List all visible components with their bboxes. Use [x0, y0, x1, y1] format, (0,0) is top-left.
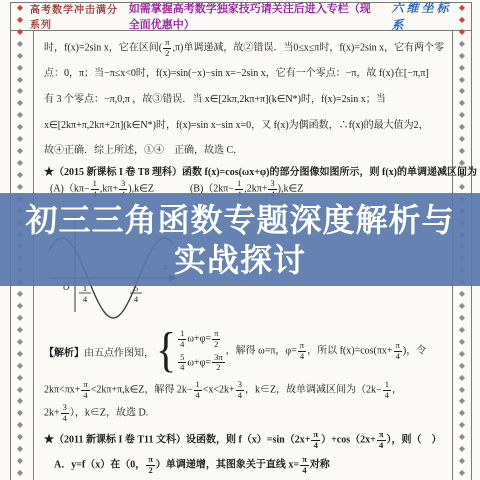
- solution-line-3: 有 3 个零点：−π,0,π ，故③错误．当 x∈[2kπ,2kπ+π](k∈N…: [44, 90, 450, 110]
- brand-name: 六维坐标系: [391, 0, 452, 33]
- analysis-label: 【解析】: [44, 344, 84, 359]
- diamond-icon: ◆: [17, 4, 23, 12]
- diamond-icon: ◆: [17, 87, 23, 95]
- diamond-icon: ◆: [17, 469, 23, 477]
- promo-header: 高考数学冲击满分系列 如需掌握高考数学独家技巧请关注后进入专栏（现全面优惠中） …: [28, 3, 452, 29]
- solution-line-4: x∈[2kπ+π,2kπ+2π](k∈N*)时，f(x)=sin x−sin x…: [44, 116, 450, 136]
- diamond-icon: ◆: [17, 123, 23, 131]
- problem-2011-stem: ★（2011 新课标 I 卷 T11 文科）设函数，则 f（x）=sin（2x+…: [44, 430, 450, 451]
- diamond-icon: ◆: [459, 433, 465, 441]
- solution-2015-line-3: 2k+34），k∈Z，故选 D.: [44, 403, 450, 424]
- diamond-icon: ◆: [459, 421, 465, 429]
- equation-2: 54ω+φ=3π2: [177, 353, 225, 374]
- equation-system: 14ω+φ=π2 54ω+φ=3π2: [177, 329, 225, 373]
- diamond-icon: ◆: [17, 28, 23, 36]
- diamond-icon: ◆: [17, 40, 23, 48]
- document-page: ◆◆◆◆◆◆◆◆◆◆◆◆◆◆◆◆◆◆◆◆◆◆◆◆◆◆◆◆◆◆◆◆◆◆◆◆◆◆◆◆…: [0, 0, 480, 480]
- promo-text: 如需掌握高考数学独家技巧请关注后进入专栏（现全面优惠中）: [129, 0, 378, 32]
- diamond-icon: ◆: [17, 159, 23, 167]
- solution-line-1: 时，f(x)=2sin x，它在区间(π2,π)单调递减，故②错误．当0≤x≤π…: [44, 38, 450, 59]
- diamond-icon: ◆: [459, 99, 465, 107]
- solution-line-5: 故④正确．综上所述，①④ 正确，故选 C．: [44, 141, 450, 161]
- diamond-icon: ◆: [17, 386, 23, 394]
- diamond-icon: ◆: [459, 386, 465, 394]
- series-title: 高考数学冲击满分系列: [30, 1, 119, 31]
- diamond-icon: ◆: [459, 302, 465, 310]
- diamond-icon: ◆: [459, 374, 465, 382]
- diamond-icon: ◆: [17, 326, 23, 334]
- tick-fivequarter-denominator: 4: [134, 294, 139, 304]
- diamond-icon: ◆: [17, 409, 23, 417]
- diamond-icon: ◆: [459, 457, 465, 465]
- diamond-icon: ◆: [459, 147, 465, 155]
- banner-title-line2: 实战探讨: [174, 240, 306, 280]
- diamond-icon: ◆: [459, 445, 465, 453]
- diamond-icon: ◆: [459, 4, 465, 12]
- diamond-icon: ◆: [17, 397, 23, 405]
- diamond-icon: ◆: [17, 99, 23, 107]
- diamond-icon: ◆: [459, 350, 465, 358]
- diamond-icon: ◆: [459, 28, 465, 36]
- diamond-icon: ◆: [459, 362, 465, 370]
- tick-quarter-denominator: 4: [83, 294, 88, 304]
- diamond-icon: ◆: [17, 135, 23, 143]
- diamond-icon: ◆: [17, 314, 23, 322]
- diamond-icon: ◆: [17, 52, 23, 60]
- diamond-icon: ◆: [17, 421, 23, 429]
- diamond-icon: ◆: [459, 64, 465, 72]
- diamond-icon: ◆: [459, 135, 465, 143]
- diamond-icon: ◆: [459, 314, 465, 322]
- promo-banner-overlay: 初三三角函数专题深度解析与 实战探讨: [0, 193, 480, 286]
- diamond-icon: ◆: [17, 362, 23, 370]
- diamond-icon: ◆: [459, 326, 465, 334]
- diamond-icon: ◆: [17, 111, 23, 119]
- diamond-icon: ◆: [459, 409, 465, 417]
- diamond-icon: ◆: [17, 338, 23, 346]
- analysis-after: ，解得 ω=π，φ=π4，所以 f(x)=cos(πx+π4)，令: [226, 341, 427, 362]
- diamond-icon: ◆: [17, 433, 23, 441]
- diamond-icon: ◆: [17, 350, 23, 358]
- system-brace: {: [156, 327, 176, 375]
- diamond-icon: ◆: [17, 171, 23, 179]
- diamond-icon: ◆: [17, 76, 23, 84]
- diamond-icon: ◆: [17, 457, 23, 465]
- diamond-icon: ◆: [459, 87, 465, 95]
- solution-line-2: 点：0，π；当−π≤x<0时，f(x)=sin(−x)−sin x=−2sin …: [44, 64, 450, 84]
- diamond-icon: ◆: [459, 159, 465, 167]
- diamond-icon: ◆: [459, 290, 465, 298]
- diamond-icon: ◆: [17, 16, 23, 24]
- diamond-icon: ◆: [17, 290, 23, 298]
- diamond-icon: ◆: [17, 445, 23, 453]
- diamond-icon: ◆: [17, 374, 23, 382]
- diamond-icon: ◆: [459, 183, 465, 191]
- diamond-icon: ◆: [17, 64, 23, 72]
- diamond-icon: ◆: [459, 111, 465, 119]
- problem-2011-option-a: A．y=f（x）在（0，π2）单调递增，其图象关于直线 x=π4对称: [54, 455, 450, 476]
- diamond-icon: ◆: [459, 338, 465, 346]
- banner-title-line1: 初三三角函数专题深度解析与: [25, 200, 454, 240]
- diamond-icon: ◆: [459, 76, 465, 84]
- solution-2015-line-2: 2kπ<πx+π4<2kπ+π,k∈Z，解得 2k−14<x<2k+34，k∈Z…: [44, 380, 450, 401]
- analysis-intro: 由五点作图知，: [84, 344, 154, 359]
- diamond-icon: ◆: [17, 302, 23, 310]
- diamond-icon: ◆: [459, 469, 465, 477]
- diamond-icon: ◆: [459, 16, 465, 24]
- diamond-icon: ◆: [17, 147, 23, 155]
- diamond-icon: ◆: [459, 52, 465, 60]
- equation-1: 14ω+φ=π2: [177, 329, 225, 350]
- diamond-icon: ◆: [459, 397, 465, 405]
- solution-2015-line-1: 【解析】 由五点作图知， { 14ω+φ=π2 54ω+φ=3π2 ，解得 ω=…: [44, 326, 426, 376]
- diamond-icon: ◆: [17, 183, 23, 191]
- diamond-icon: ◆: [459, 40, 465, 48]
- diamond-icon: ◆: [459, 123, 465, 131]
